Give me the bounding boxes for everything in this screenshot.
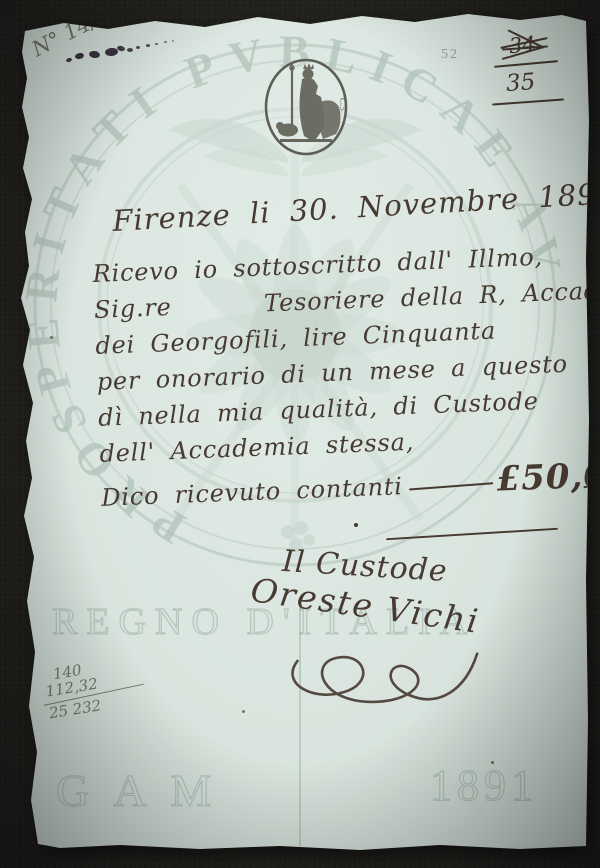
paper-speck	[491, 761, 494, 764]
paper-stain	[154, 0, 173, 13]
receipt-body: Ricevo io sottoscritto dall' Illmo, Sig.…	[92, 234, 600, 515]
receipt-paper: PROSPERITATI PVBLICAE AVG REGNO D'ITALIA…	[0, 0, 600, 868]
paper-speck	[242, 710, 245, 713]
pencil-calculation: 140 112,32 25 232	[42, 660, 102, 722]
photo-backdrop: PROSPERITATI PVBLICAE AVG REGNO D'ITALIA…	[0, 0, 600, 868]
ink-blot	[136, 46, 140, 49]
ink-speck-dot	[354, 523, 358, 527]
official-seal-stamp: C.5.	[259, 56, 353, 158]
amount-dash	[409, 482, 493, 491]
paper-shadow: PROSPERITATI PVBLICAE AVG REGNO D'ITALIA…	[0, 0, 600, 868]
seal-inscription: C.5.	[338, 98, 349, 113]
paper-speck	[50, 336, 53, 339]
ink-blot	[172, 40, 174, 42]
watermark-year-1891: 1891	[430, 760, 538, 811]
amount-value: £50,00	[496, 454, 600, 499]
ink-blot	[164, 41, 167, 43]
printed-folio-number: 52	[441, 47, 459, 63]
watermark-gam: GAM	[56, 764, 235, 817]
ink-blot	[146, 44, 150, 47]
ink-blot	[127, 48, 133, 52]
folio-number: 35	[505, 69, 536, 97]
